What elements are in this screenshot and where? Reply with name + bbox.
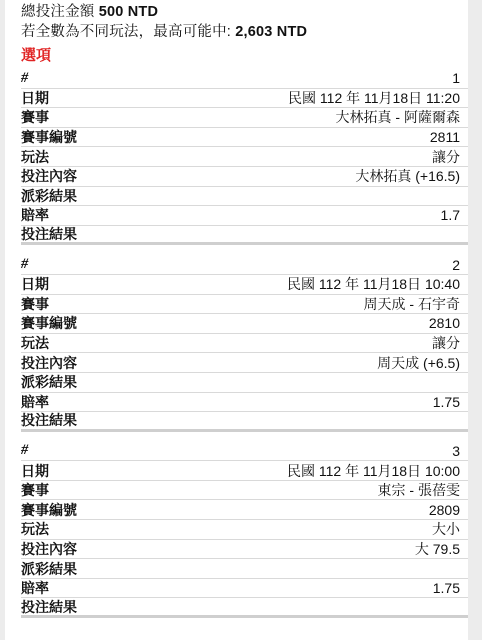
event-id-label: 賽事編號 [21,313,77,333]
bet-result-label: 投注結果 [21,224,77,244]
max-win-amount: 2,603 NTD [235,24,307,40]
row-odds: 賠率 1.7 [21,206,468,226]
bet-result-label: 投注結果 [21,410,77,430]
date-label: 日期 [21,274,49,294]
event-id-value: 2809 [429,502,460,518]
row-odds: 賠率 1.75 [21,393,468,413]
row-play-type: 玩法 大小 [21,520,468,540]
row-bet-result: 投注結果 [21,598,468,618]
date-label: 日期 [21,88,49,108]
odds-value: 1.75 [433,580,460,596]
event-label: 賽事 [21,107,49,127]
row-event-id: 賽事編號 2811 [21,128,468,148]
row-event: 賽事 東宗 - 張蓓雯 [21,481,468,501]
row-bet-content: 投注內容 周天成 (+6.5) [21,353,468,373]
row-play-type: 玩法 讓分 [21,147,468,167]
odds-label: 賠率 [21,578,49,598]
total-stake-amount: 500 NTD [99,4,158,20]
row-event: 賽事 大林拓真 - 阿薩爾森 [21,108,468,128]
payout-result-label: 派彩結果 [21,186,77,206]
max-win-line: 若全數為不同玩法，最高可能中: 2,603 NTD [21,22,460,42]
play-type-label: 玩法 [21,147,49,167]
bet-content-value: 大林拓真 (+16.5) [355,166,460,186]
row-bet-result: 投注結果 [21,226,468,246]
bet-summary: 總投注金額 500 NTD 若全數為不同玩法，最高可能中: 2,603 NTD … [5,0,468,63]
play-type-label: 玩法 [21,519,49,539]
play-type-value: 大小 [432,519,460,539]
row-bet-content: 投注內容 大 79.5 [21,540,468,560]
odds-label: 賠率 [21,392,49,412]
row-date: 日期 民國 112 年 11月18日 10:40 [21,275,468,295]
payout-result-label: 派彩結果 [21,559,77,579]
row-bet-content: 投注內容 大林拓真 (+16.5) [21,167,468,187]
index-label: # [21,442,28,459]
index-label: # [21,256,28,273]
row-event-id: 賽事編號 2809 [21,500,468,520]
play-type-value: 讓分 [432,333,460,353]
bet-content-label: 投注內容 [21,539,77,559]
bet-section-1: # 1 日期 民國 112 年 11月18日 11:20 賽事 大林拓真 - 阿… [5,69,468,245]
row-date: 日期 民國 112 年 11月18日 11:20 [21,89,468,109]
total-stake-line: 總投注金額 500 NTD [21,2,460,22]
bet-section-2: # 2 日期 民國 112 年 11月18日 10:40 賽事 周天成 - 石宇… [5,255,468,431]
index-value: 1 [452,70,460,86]
row-event: 賽事 周天成 - 石宇奇 [21,295,468,315]
event-id-value: 2810 [429,315,460,331]
row-play-type: 玩法 讓分 [21,334,468,354]
date-value: 民國 112 年 11月18日 11:20 [288,88,460,108]
payout-result-label: 派彩結果 [21,372,77,392]
date-value: 民國 112 年 11月18日 10:40 [287,274,460,294]
event-id-label: 賽事編號 [21,127,77,147]
total-stake-label: 總投注金額 [21,4,95,20]
bet-content-label: 投注內容 [21,353,77,373]
event-id-label: 賽事編號 [21,500,77,520]
options-heading: 選項 [21,48,460,63]
event-label: 賽事 [21,294,49,314]
odds-value: 1.7 [441,207,460,223]
bet-result-label: 投注結果 [21,597,77,617]
row-date: 日期 民國 112 年 11月18日 10:00 [21,461,468,481]
event-id-value: 2811 [430,129,460,145]
odds-value: 1.75 [433,394,460,410]
event-value: 大林拓真 - 阿薩爾森 [336,107,460,127]
row-payout-result: 派彩結果 [21,559,468,579]
row-payout-result: 派彩結果 [21,187,468,207]
row-index: # 3 [21,442,468,462]
bet-section-3: # 3 日期 民國 112 年 11月18日 10:00 賽事 東宗 - 張蓓雯… [5,442,468,618]
event-value: 周天成 - 石宇奇 [364,294,460,314]
index-value: 2 [452,257,460,273]
date-value: 民國 112 年 11月18日 10:00 [287,461,460,481]
row-odds: 賠率 1.75 [21,579,468,599]
event-value: 東宗 - 張蓓雯 [378,480,460,500]
index-value: 3 [452,443,460,459]
play-type-value: 讓分 [432,147,460,167]
row-index: # 2 [21,255,468,275]
index-label: # [21,70,28,87]
bet-content-value: 周天成 (+6.5) [377,353,460,373]
play-type-label: 玩法 [21,333,49,353]
event-label: 賽事 [21,480,49,500]
max-win-label: 若全數為不同玩法，最高可能中: [21,24,231,40]
bet-content-label: 投注內容 [21,166,77,186]
row-payout-result: 派彩結果 [21,373,468,393]
row-index: # 1 [21,69,468,89]
odds-label: 賠率 [21,205,49,225]
bet-content-value: 大 79.5 [415,539,460,559]
date-label: 日期 [21,461,49,481]
row-bet-result: 投注結果 [21,412,468,432]
bet-slip: 總投注金額 500 NTD 若全數為不同玩法，最高可能中: 2,603 NTD … [5,0,468,640]
row-event-id: 賽事編號 2810 [21,314,468,334]
